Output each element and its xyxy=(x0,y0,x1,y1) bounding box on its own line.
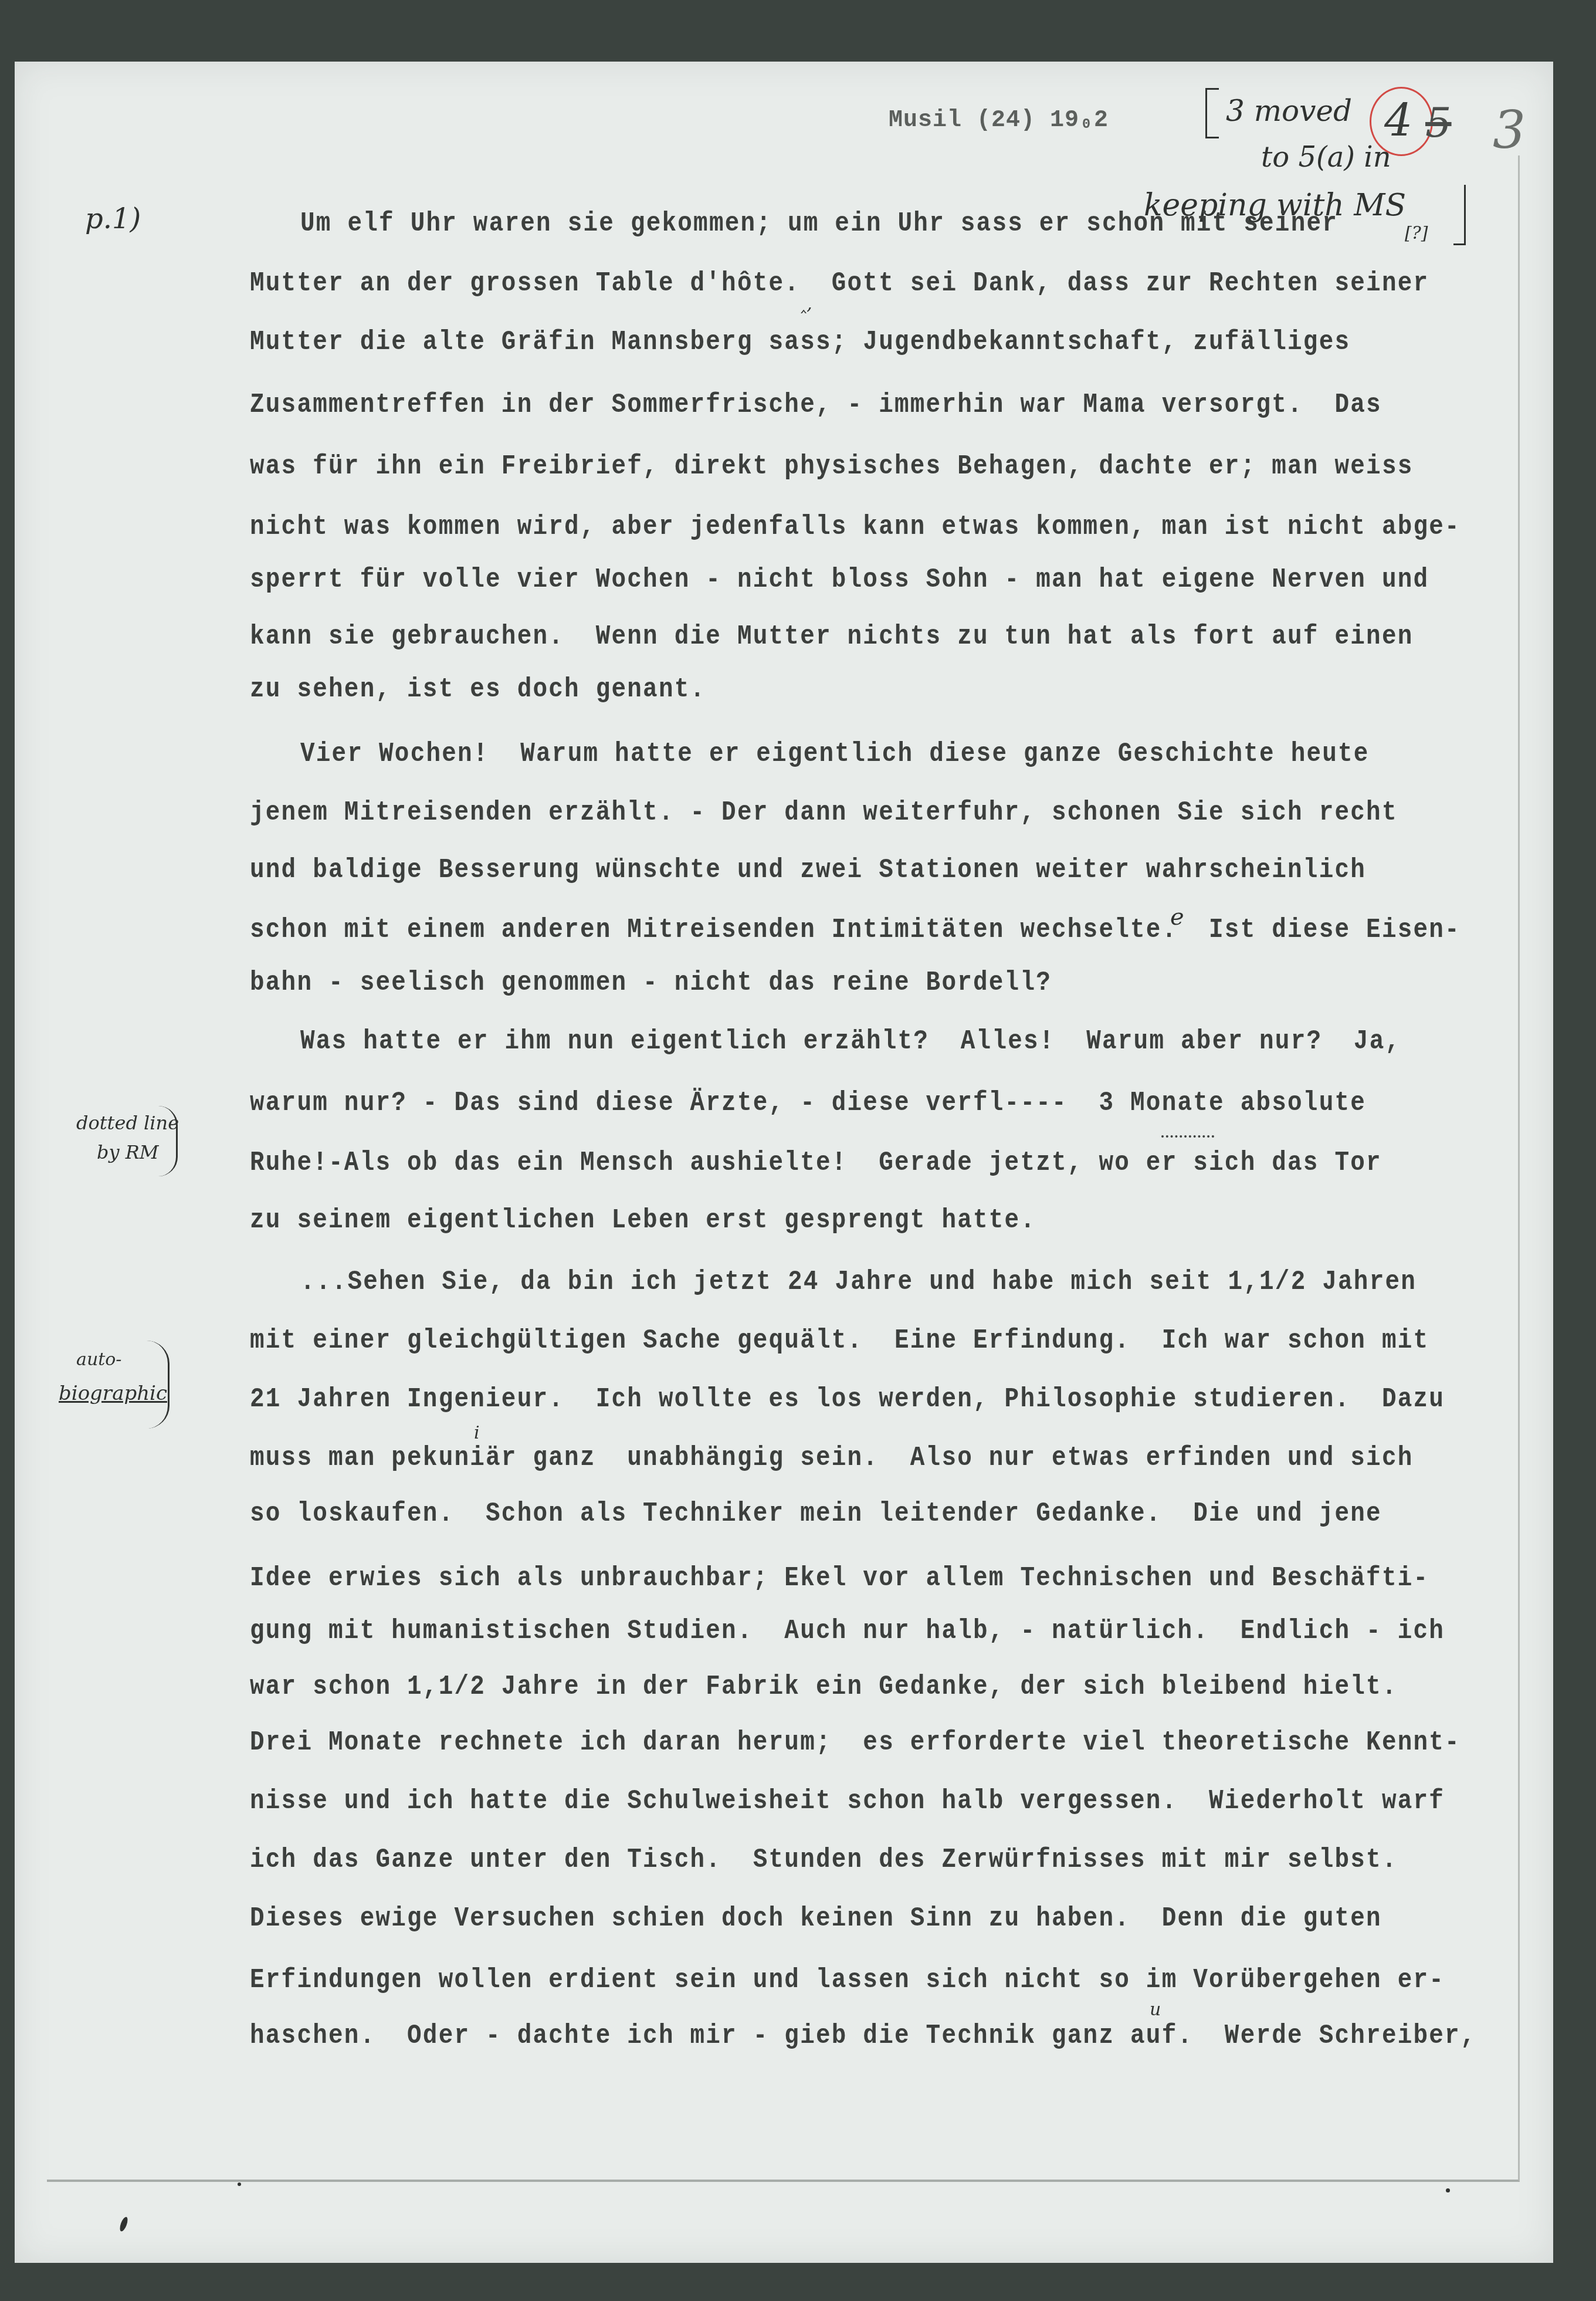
circled-page-number: 4 xyxy=(1384,94,1412,146)
typed-line: kann sie gebrauchen. Wenn die Mutter nic… xyxy=(250,622,1414,652)
margin-note-auto-paren xyxy=(147,1341,170,1429)
typed-line: haschen. Oder - dachte ich mir - gieb di… xyxy=(250,2021,1476,2052)
annotation-line-1: 3 moved xyxy=(1226,94,1352,128)
typed-line: Drei Monate rechnete ich daran herum; es… xyxy=(250,1728,1461,1758)
struck-page-number: 5 xyxy=(1425,99,1452,147)
pencil-page-number: 3 xyxy=(1493,100,1526,160)
typed-line: nisse und ich hatte die Schulweisheit sc… xyxy=(250,1786,1445,1817)
typed-line: schon mit einem anderen Mitreisenden Int… xyxy=(250,915,1461,946)
typed-line: bahn - seelisch genommen - nicht das rei… xyxy=(250,968,1052,999)
typed-line: was für ihn ein Freibrief, direkt physis… xyxy=(250,452,1414,482)
annotation-bracket-close xyxy=(1453,185,1466,245)
margin-note-dotted-paren xyxy=(158,1106,178,1176)
typed-line: 21 Jahren Ingenieur. Ich wollte es los w… xyxy=(250,1385,1445,1415)
typed-line: so loskaufen. Schon als Techniker mein l… xyxy=(250,1499,1382,1530)
typed-line: Vier Wochen! Warum hatte er eigentlich d… xyxy=(300,739,1370,770)
typed-line: nicht was kommen wird, aber jedenfalls k… xyxy=(250,512,1461,543)
typed-line: Was hatte er ihm nun eigentlich erzählt?… xyxy=(300,1027,1401,1057)
typed-header-label: Musil (24) 19₀2 xyxy=(889,107,1109,134)
scan-speck xyxy=(238,2182,241,2186)
typed-line: Erfindungen wollen erdient sein und lass… xyxy=(250,1965,1445,1996)
typed-line: warum nur? - Das sind diese Ärzte, - die… xyxy=(250,1088,1366,1119)
typed-line: Idee erwies sich als unbrauchbar; Ekel v… xyxy=(250,1564,1429,1594)
typed-line: Mutter an der grossen Table d'hôte. Gott… xyxy=(250,269,1429,299)
typed-line: Zusammentreffen in der Sommerfrische, - … xyxy=(250,390,1382,421)
typed-line: Dieses ewige Versuchen schien doch keine… xyxy=(250,1904,1382,1934)
typed-line: sperrt für volle vier Wochen - nicht blo… xyxy=(250,565,1429,595)
margin-note-auto-line-1: auto- xyxy=(76,1349,121,1370)
typed-line: zu seinem eigentlichen Leben erst gespre… xyxy=(250,1206,1036,1236)
margin-note-dotted-line-2: by RM xyxy=(97,1141,159,1163)
annotation-line-2: to 5(a) in xyxy=(1261,141,1391,174)
typed-line: muss man pekuniär ganz unabhängig sein. … xyxy=(250,1443,1414,1474)
scan-speck xyxy=(1446,2188,1450,2192)
typed-line: mit einer gleichgültigen Sache gequält. … xyxy=(250,1326,1429,1356)
interlinear-mark-e: e xyxy=(1170,904,1184,930)
annotation-bracket-open xyxy=(1205,88,1219,138)
typed-line: Ruhe!-Als ob das ein Mensch aushielte! G… xyxy=(250,1148,1382,1179)
margin-note-p1: p.1) xyxy=(85,202,141,235)
typed-line: zu sehen, ist es doch genant. xyxy=(250,675,706,705)
typed-line: jenem Mitreisenden erzählt. - Der dann w… xyxy=(250,798,1398,828)
dotted-underline xyxy=(1161,1135,1214,1138)
typed-line: war schon 1,1/2 Jahre in der Fabrik ein … xyxy=(250,1672,1398,1703)
annotation-line-4: [?] xyxy=(1405,223,1428,243)
interlinear-mark-comma: ‸, xyxy=(801,293,812,314)
typed-line: Um elf Uhr waren sie gekommen; um ein Uh… xyxy=(300,209,1338,239)
typed-line: gung mit humanistischen Studien. Auch nu… xyxy=(250,1616,1445,1647)
interlinear-mark-i: i xyxy=(474,1423,480,1443)
typed-line: ...Sehen Sie, da bin ich jetzt 24 Jahre … xyxy=(300,1267,1417,1298)
typed-line: Mutter die alte Gräfin Mannsberg sass; J… xyxy=(250,327,1350,358)
interlinear-mark-u: u xyxy=(1150,1999,1161,2020)
typed-line: und baldige Besserung wünschte und zwei … xyxy=(250,855,1366,886)
typed-line: ich das Ganze unter den Tisch. Stunden d… xyxy=(250,1845,1398,1876)
